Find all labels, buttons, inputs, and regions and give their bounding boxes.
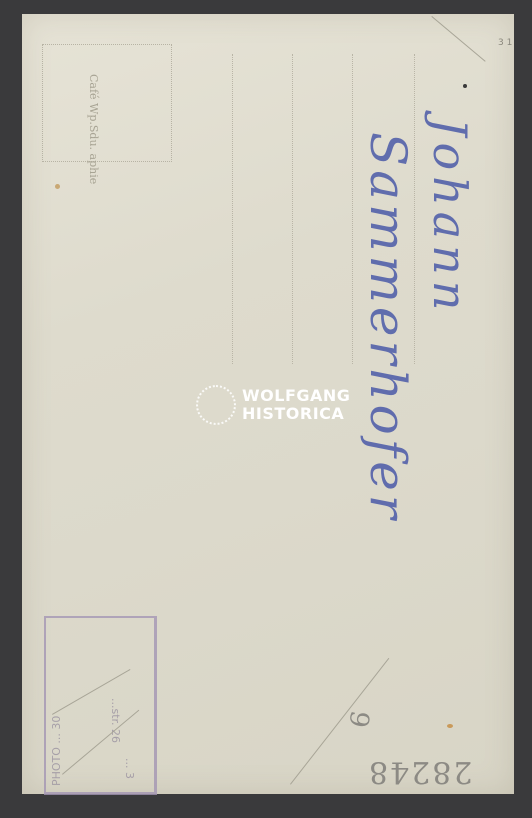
address-line [292,54,293,364]
paper-crease [431,16,485,62]
address-line [232,54,233,364]
wolf-logo-icon [196,385,236,425]
ink-dot [463,84,467,88]
foxing-spot [55,184,60,189]
pencil-inventory-number: 28248 [367,754,472,789]
stamp-placeholder-box [42,44,172,162]
corner-mark: 3 1 [498,38,512,48]
signature-last-name: Sammerhofer [359,132,417,523]
watermark-line2: HISTORICA [242,405,350,423]
signature-first-name: Johann [423,118,477,316]
foxing-spot [447,724,453,728]
watermark: WOLFGANG HISTORICA [196,385,350,425]
stamp-line2: ...str. 26 [109,698,122,743]
stamp-line3: ... 3 [123,758,136,779]
address-line [352,54,353,364]
postcard-back: 3 1 Café Wp.Sdu. aphie Johann Sammerhofe… [22,14,514,794]
watermark-line1: WOLFGANG [242,387,350,405]
stamp-box-text: Café Wp.Sdu. aphie [87,74,100,184]
photographer-stamp: PHOTO ... 30 ...str. 26 ... 3 [44,616,157,795]
stamp-line1: PHOTO ... 30 [50,716,63,786]
